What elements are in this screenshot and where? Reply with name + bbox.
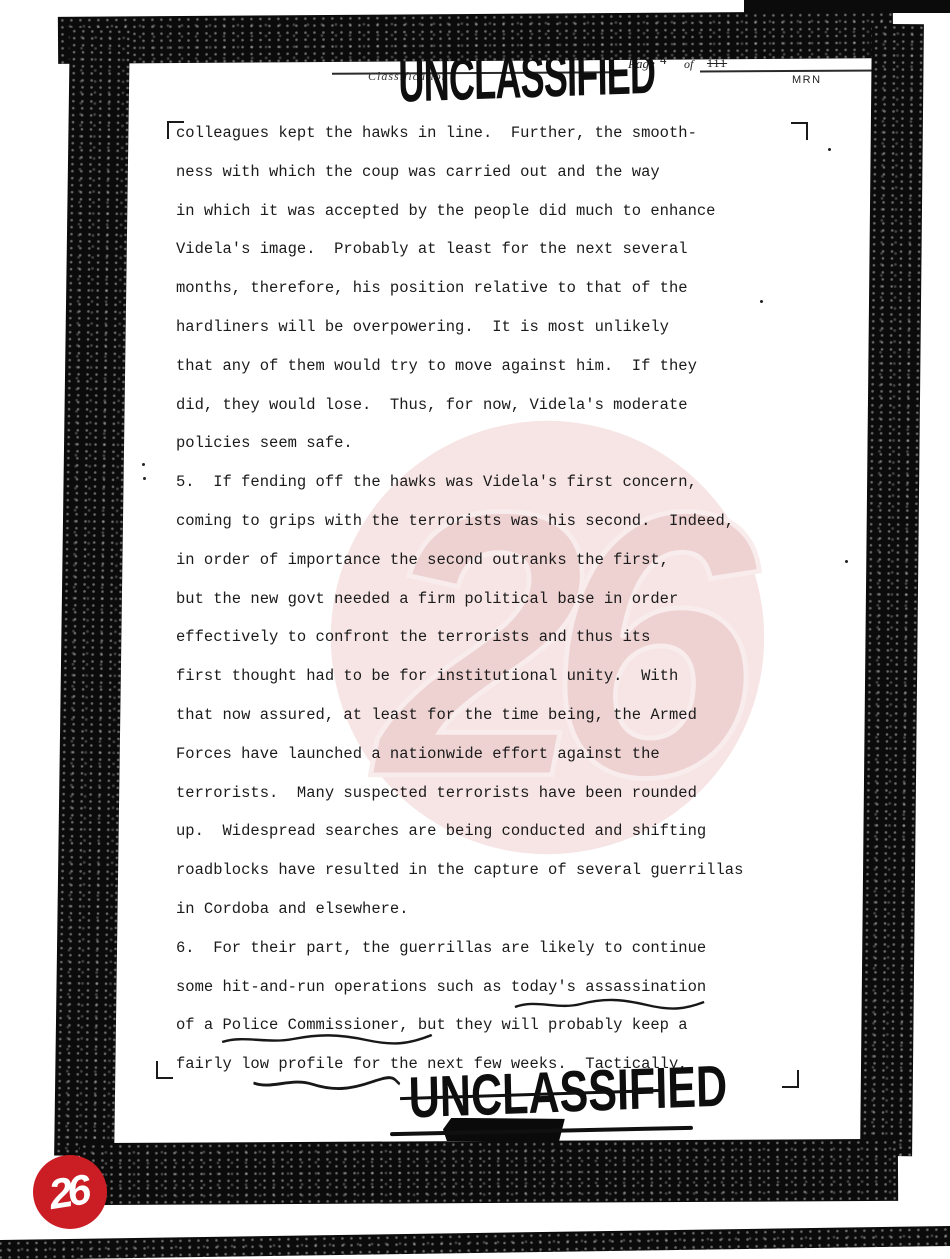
- typed-line: ness with which the coup was carried out…: [176, 153, 743, 192]
- scanned-document-screenshot: { "header": { "stamp_text": "UNCLASSIFIE…: [0, 0, 950, 1259]
- typed-line: hardliners will be overpowering. It is m…: [176, 308, 743, 347]
- wavy-underline-commissioner: [220, 1031, 435, 1047]
- typed-line: policies seem safe.: [176, 424, 743, 463]
- wavy-underline-profile: [252, 1074, 402, 1092]
- typed-line: first thought had to be for institutiona…: [176, 657, 743, 696]
- wavy-underline-assassination: [513, 997, 707, 1013]
- typed-line: but the new govt needed a firm political…: [176, 580, 743, 619]
- typed-line: roadblocks have resulted in the capture …: [176, 851, 743, 890]
- typed-line: Forces have launched a nationwide effort…: [176, 735, 743, 774]
- crop-mark-top-right: [791, 122, 808, 140]
- typed-text: colleagues kept the hawks in line. Furth…: [176, 114, 743, 1084]
- scan-speck: [828, 148, 831, 151]
- typed-line: terrorists. Many suspected terrorists ha…: [176, 774, 743, 813]
- channel-26-logo-digits: 26: [45, 1165, 95, 1219]
- scan-speck: [143, 477, 146, 480]
- scan-strip-top-right: [744, 0, 950, 13]
- photocopy-border-right: [860, 24, 924, 1156]
- page-rule: [700, 70, 883, 73]
- typed-line: up. Widespread searches are being conduc…: [176, 812, 743, 851]
- crop-mark-bottom-left: [156, 1061, 173, 1079]
- typed-line: effectively to confront the terrorists a…: [176, 618, 743, 657]
- scan-speck: [760, 300, 763, 303]
- typed-line: 5. If fending off the hawks was Videla's…: [176, 463, 743, 502]
- scan-speck: [142, 463, 145, 466]
- crop-mark-bottom-right: [782, 1070, 799, 1088]
- typed-line: that now assured, at least for the time …: [176, 696, 743, 735]
- mrn-label: MRN: [792, 74, 822, 86]
- typed-line: that any of them would try to move again…: [176, 347, 743, 386]
- typed-line: 6. For their part, the guerrillas are li…: [176, 929, 743, 968]
- typed-line: colleagues kept the hawks in line. Furth…: [176, 114, 743, 153]
- typed-line: months, therefore, his position relative…: [176, 269, 743, 308]
- typed-line: in order of importance the second outran…: [176, 541, 743, 580]
- typed-line: did, they would lose. Thus, for now, Vid…: [176, 386, 743, 425]
- typed-line: in Cordoba and elsewhere.: [176, 890, 743, 929]
- photocopy-border-left: [54, 28, 130, 1157]
- channel-26-logo: 26: [33, 1155, 107, 1229]
- photocopy-border-top: [58, 11, 893, 64]
- scan-strip-bottom: [0, 1226, 950, 1259]
- typed-line: coming to grips with the terrorists was …: [176, 502, 743, 541]
- typed-line: Videla's image. Probably at least for th…: [176, 230, 743, 269]
- scan-speck: [845, 560, 848, 563]
- typed-line: in which it was accepted by the people d…: [176, 192, 743, 231]
- photocopy-border-bottom: [80, 1139, 898, 1205]
